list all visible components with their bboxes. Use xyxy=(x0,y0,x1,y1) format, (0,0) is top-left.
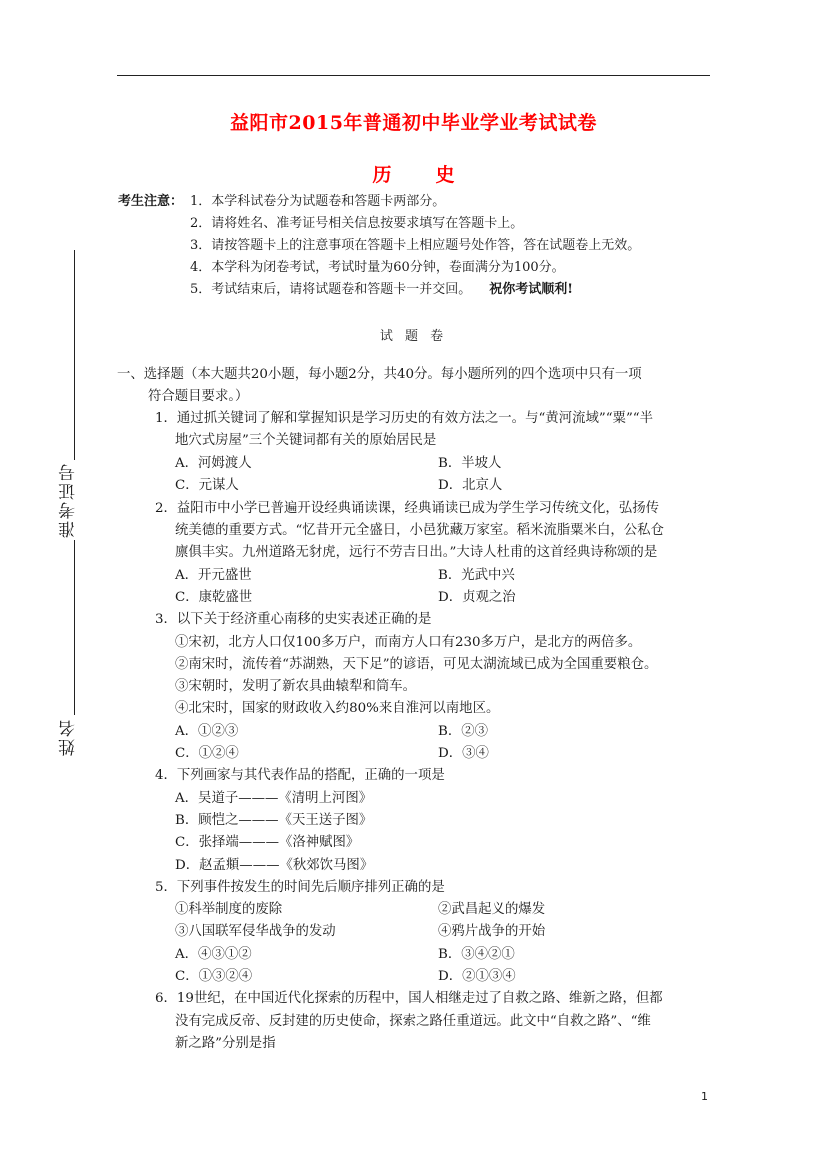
notice-item: 2．请将姓名、准考证号相关信息按要求填写在答题卡上。 xyxy=(190,212,523,231)
option-c: C．①②④ xyxy=(175,745,239,763)
option-b: B．③④②① xyxy=(438,946,515,964)
statement: ③宋朝时，发明了新农具曲辕犁和筒车。 xyxy=(175,678,416,696)
exam-id-label: 准考证号 xyxy=(56,462,81,538)
statement: ④鸦片战争的开始 xyxy=(438,923,545,941)
top-rule xyxy=(117,75,710,76)
option-c: C．①③②④ xyxy=(175,968,252,986)
section-heading: 试 题 卷 xyxy=(0,325,827,344)
name-label: 姓名 xyxy=(56,718,81,756)
option-a: A．开元盛世 xyxy=(175,567,252,585)
exam-title: 益阳市2015年普通初中毕业学业考试试卷 xyxy=(0,108,827,135)
question-stem: 6．19世纪，在中国近代化探索的历程中，国人相继走过了自救之路、维新之路，但都 xyxy=(155,990,663,1008)
question-stem: 统美德的重要方式。“忆昔开元全盛日，小邑犹藏万家室。稻米流脂粟米白，公私仓 xyxy=(175,522,664,540)
option-b: B．半坡人 xyxy=(438,455,501,473)
option-c: C．张择端———《洛神赋图》 xyxy=(175,834,359,852)
option-b: B．②③ xyxy=(438,723,488,741)
question-stem: 新之路”分别是指 xyxy=(175,1035,276,1053)
statement: ④北宋时，国家的财政收入约80%来自淮河以南地区。 xyxy=(175,700,499,718)
statement: ①宋初，北方人口仅100多万户，而南方人口有230多万户，是北方的两倍多。 xyxy=(175,634,641,652)
question-stem: 2．益阳市中小学已普遍开设经典诵读课，经典诵读已成为学生学习传统文化，弘扬传 xyxy=(155,500,659,518)
exam-id-fill-line xyxy=(74,250,75,460)
question-stem: 5．下列事件按发生的时间先后顺序排列正确的是 xyxy=(155,879,445,897)
option-b: B．光武中兴 xyxy=(438,567,515,585)
notice-item: 3．请按答题卡上的注意事项在答题卡上相应题号处作答，答在试题卷上无效。 xyxy=(190,234,640,253)
statement: ①科举制度的废除 xyxy=(175,901,282,919)
notice-item: 5．考试结束后，请将试题卷和答题卡一并交回。 xyxy=(190,282,471,297)
question-stem: 1．通过抓关键词了解和掌握知识是学习历史的有效方法之一。与“黄河流域”“粟”“半 xyxy=(155,410,653,428)
part-heading: 一、选择题（本大题共20小题，每小题2分，共40分。每小题所列的四个选项中只有一… xyxy=(117,366,642,384)
question-stem: 地穴式房屋”三个关键词都有关的原始居民是 xyxy=(175,432,436,450)
notice-item: 4．本学科为闭卷考试，考试时量为60分钟，卷面满分为100分。 xyxy=(190,256,565,275)
option-a: A．④③①② xyxy=(175,946,252,964)
subject-part2: 史 xyxy=(436,160,455,187)
question-stem: 没有完成反帝、反封建的历史使命，探索之路任重道远。此文中“自救之路”、“维 xyxy=(175,1013,651,1031)
statement: ②武昌起义的爆发 xyxy=(438,901,545,919)
subject-part1: 历 xyxy=(372,160,391,187)
option-a: A．河姆渡人 xyxy=(175,455,252,473)
option-d: D．③④ xyxy=(438,745,489,763)
option-d: D．赵孟頫———《秋郊饮马图》 xyxy=(175,857,373,875)
question-stem: 4．下列画家与其代表作品的搭配，正确的一项是 xyxy=(155,767,445,785)
part-heading-cont: 符合题目要求。） xyxy=(148,388,248,406)
option-c: C．康乾盛世 xyxy=(175,589,252,607)
notice-item: 1．本学科试卷分为试题卷和答题卡两部分。 xyxy=(190,190,445,209)
option-d: D．北京人 xyxy=(438,477,502,495)
option-b: B．顾恺之———《天王送子图》 xyxy=(175,812,372,830)
option-d: D．②①③④ xyxy=(438,968,516,986)
notice-item-last: 5．考试结束后，请将试题卷和答题卡一并交回。祝你考试顺利! xyxy=(190,278,573,297)
option-d: D．贞观之治 xyxy=(438,589,516,607)
option-a: A．①②③ xyxy=(175,723,238,741)
page-number: 1 xyxy=(701,1090,708,1103)
question-stem: 廪俱丰实。九州道路无豺虎，远行不劳吉日出。”大诗人杜甫的这首经典诗称颂的是 xyxy=(175,544,657,562)
statement: ②南宋时，流传着“苏湖熟，天下足”的谚语，可见太湖流域已成为全国重要粮仓。 xyxy=(175,656,657,674)
good-luck-wish: 祝你考试顺利! xyxy=(489,282,573,297)
option-a: A．吴道子———《清明上河图》 xyxy=(175,790,372,808)
option-c: C．元谋人 xyxy=(175,477,239,495)
question-stem: 3．以下关于经济重心南移的史实表述正确的是 xyxy=(155,611,431,629)
statement: ③八国联军侵华战争的发动 xyxy=(175,923,336,941)
subject-title: 历史 xyxy=(0,160,827,187)
name-fill-line xyxy=(74,540,75,715)
notice-label: 考生注意： xyxy=(118,190,183,209)
